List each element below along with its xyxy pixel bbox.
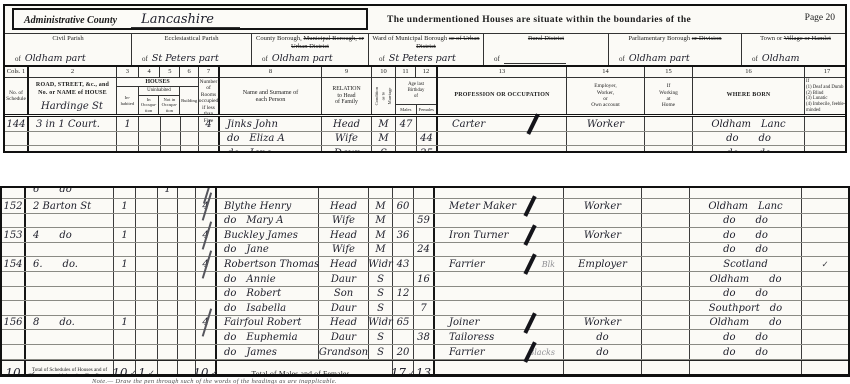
- uninhabited-title: Uninhabited: [139, 87, 179, 96]
- col-label: Name and Surname of each Person: [220, 78, 321, 114]
- cell-totals-label: ✓ Total of Schedules of Houses and of Te…: [26, 361, 114, 377]
- cell-relation: Wife: [322, 132, 372, 146]
- col-number: 9: [322, 67, 371, 78]
- age-female-value: 16: [417, 275, 430, 285]
- age-female-value: 59: [417, 216, 430, 226]
- admin-county-value: Lancashire: [131, 12, 240, 28]
- relation-value: Head: [333, 120, 360, 130]
- cell-building: [178, 243, 196, 257]
- cell-age-male: [393, 301, 414, 315]
- cell-name: Robertson Thomas: [217, 257, 319, 271]
- where-born-value: Oldham do: [709, 318, 781, 328]
- cell-name: do Jane: [220, 146, 322, 153]
- cell-street: [26, 301, 114, 315]
- cell-schedule: 153: [2, 228, 26, 242]
- col-number: 16: [693, 67, 804, 78]
- cell-schedule: [2, 301, 26, 315]
- cell-age-female: [414, 199, 435, 213]
- relation-value: Grandson: [319, 348, 368, 358]
- where-born-value: Oldham Lanc: [711, 120, 785, 130]
- cell-employer-status: do: [564, 345, 642, 359]
- bottom-entry-row: do AnnieDaurS16Oldham do: [2, 272, 848, 287]
- cell-name: do James: [217, 345, 319, 359]
- cell-rooms: 4: [196, 257, 217, 271]
- cell-total-females: 13: [414, 361, 435, 377]
- name-value: Fairfoul Robert: [224, 318, 301, 328]
- cell-employer-status: [564, 214, 642, 228]
- profession-value: Tailoress: [449, 333, 494, 343]
- cell-age-male: [393, 188, 414, 198]
- schedule-value: 156: [3, 318, 22, 328]
- cell-name: do Euphemia: [217, 330, 319, 344]
- col-number: 14: [567, 67, 644, 78]
- cell-infirmity: [802, 330, 846, 344]
- boundary-label: County Borough, Municipal Borough, or Ur…: [252, 34, 368, 50]
- cell-working-at-home: [642, 272, 690, 286]
- profession-value: Farrier: [449, 348, 485, 358]
- col-number: 13: [438, 67, 566, 78]
- cell-building: [178, 228, 196, 242]
- pencil-annotation: Blk: [542, 260, 555, 269]
- cell-age-male: 20: [393, 345, 414, 359]
- street-value: 6 do: [33, 186, 72, 195]
- check-mark-icon: ✓: [821, 259, 828, 270]
- cell-employer-status: Worker: [564, 316, 642, 330]
- cell-profession: [435, 188, 564, 198]
- col-label: PROFESSION OR OCCUPATION: [438, 78, 566, 114]
- cell-uninhabited-in-occupation: [136, 188, 158, 198]
- cell-working-at-home: [642, 228, 690, 242]
- col-label-not-in-occupation: Not in Occupa- tion: [159, 96, 179, 114]
- street-value: 8 do.: [33, 318, 75, 328]
- total-females-value: 13: [416, 367, 431, 377]
- cell-rooms: 4: [196, 199, 217, 213]
- street-value: 6. do.: [33, 260, 78, 270]
- cell-males-females-label: Total of Males and of Females…: [217, 361, 393, 377]
- houses-subheaders: In- habited Uninhabited In Occupa- tion …: [117, 87, 198, 114]
- inhabited-value: 1: [124, 120, 130, 130]
- cell-where-born: Oldham Lanc: [690, 199, 802, 213]
- total-uninhabited-value: 1: [138, 367, 146, 377]
- condition-value: M: [375, 216, 385, 226]
- cell-street: [26, 287, 114, 301]
- cell-condition: M: [372, 132, 396, 146]
- cell-name: do Mary A: [217, 214, 319, 228]
- top-entry-row: do Eliza AWifeM44do do: [5, 132, 845, 147]
- col-number: 17: [805, 67, 847, 78]
- cell-inhabited: 1: [114, 257, 136, 271]
- boundary-value: of: [494, 53, 566, 64]
- cell-inhabited: [117, 146, 139, 153]
- cell-profession: [435, 214, 564, 228]
- cell-relation: Head: [319, 316, 369, 330]
- cell-schedule: [2, 272, 26, 286]
- boundary-value: ofOldham part: [15, 53, 86, 64]
- rooms-value: 4: [205, 120, 211, 130]
- cell-street: [26, 345, 114, 359]
- name-value: Blythe Henry: [224, 202, 291, 212]
- cell-blank: [690, 361, 802, 377]
- title-band: Administrative County Lancashire The und…: [5, 6, 845, 33]
- cell-infirmity: [805, 146, 847, 153]
- bottom-entry-row: do IsabellaDaurS7Southport do: [2, 301, 848, 316]
- cell-schedule: [5, 146, 29, 153]
- cell-inhabited: [114, 214, 136, 228]
- cell-where-born: do do: [693, 146, 805, 153]
- cell-rooms: 4: [196, 316, 217, 330]
- cell-uninhabited-in-occupation: [136, 330, 158, 344]
- cell-relation: Wife: [319, 243, 369, 257]
- cell-blank: [158, 361, 178, 377]
- col-number: 2: [29, 67, 116, 78]
- employer-status-value: Worker: [584, 318, 621, 328]
- cell-uninhabited-not-in-occupation: [161, 117, 181, 131]
- total-schedules-value: 10: [5, 367, 20, 377]
- where-born-value: Scotland: [723, 260, 768, 270]
- cell-name: Buckley James: [217, 228, 319, 242]
- relation-value: Wife: [335, 134, 358, 144]
- cell-profession: [435, 243, 564, 257]
- age-male-value: 36: [397, 231, 410, 241]
- cell-rooms: [196, 301, 217, 315]
- where-born-value: do do: [723, 289, 768, 299]
- condition-value: S: [380, 149, 387, 153]
- cell-condition: M: [369, 228, 393, 242]
- col-label: No. of Schedule: [5, 78, 27, 114]
- cell-where-born: do do: [690, 287, 802, 301]
- cell-employer-status: do: [564, 330, 642, 344]
- col-label: Employer, Worker, or Own account: [567, 78, 644, 114]
- cell-infirmity: [802, 188, 846, 198]
- cell-employer-status: [564, 272, 642, 286]
- cell-inhabited: [114, 301, 136, 315]
- profession-value: Farrier: [449, 260, 485, 270]
- name-value: Jinks John: [227, 120, 278, 130]
- condition-value: S: [377, 333, 384, 343]
- cell-condition: S: [372, 146, 396, 153]
- bottom-entry-row: 6 do1: [2, 188, 848, 199]
- col-label-in-occupation: In Occupa- tion: [139, 96, 160, 114]
- cell-condition: M: [372, 117, 396, 131]
- cell-rooms: 4: [199, 117, 220, 131]
- cell-age-female: [417, 117, 438, 131]
- cell-rooms: [196, 345, 217, 359]
- cell-profession: Tailoress: [435, 330, 564, 344]
- col-label-females: Females: [417, 105, 437, 114]
- col-header-employer: 14 Employer, Worker, or Own account: [567, 67, 645, 114]
- cell-infirmity: [802, 272, 846, 286]
- name-value: do Robert: [224, 289, 281, 299]
- cell-building: [178, 287, 196, 301]
- cell-relation: Wife: [319, 214, 369, 228]
- col-number: 6: [180, 67, 198, 77]
- profession-value: Iron Turner: [449, 231, 508, 241]
- cell-working-at-home: [642, 330, 690, 344]
- page-number: Page 20: [805, 13, 835, 23]
- employer-status-value: do: [596, 333, 608, 343]
- cell-age-female: [414, 257, 435, 271]
- col-number: 7: [199, 67, 218, 78]
- boundary-value: ofSt Peters part: [379, 53, 456, 64]
- col-label: If (1) Deaf and Dumb (2) Blind (3) Lunat…: [805, 78, 847, 115]
- cell-building: [181, 132, 199, 146]
- cell-where-born: do do: [690, 330, 802, 344]
- name-value: do Mary A: [224, 216, 283, 226]
- cell-relation: Daur: [319, 330, 369, 344]
- cell-building: [178, 316, 196, 330]
- col-number: 10: [372, 67, 395, 78]
- cell-rooms: [196, 272, 217, 286]
- census-entries-section: 6 do11522 Barton St14Blythe HenryHeadM60…: [0, 186, 850, 377]
- cell-street: 8 do.: [26, 316, 114, 330]
- page-title: The undermentioned Houses are situate wi…: [387, 15, 691, 25]
- cell-blank: [642, 361, 690, 377]
- cell-employer-status: Worker: [567, 117, 645, 131]
- where-born-value: Oldham Lanc: [708, 202, 782, 212]
- street-value: 3 in 1 Court.: [36, 120, 100, 130]
- footer-note: Note.— Draw the pen through such of the …: [92, 378, 337, 384]
- street-value: 4 do: [33, 231, 72, 241]
- col-number: 4: [139, 67, 161, 77]
- cell-uninhabited-in-occupation: [136, 287, 158, 301]
- cell-profession: [435, 287, 564, 301]
- cell-blank: [435, 361, 564, 377]
- cell-inhabited: [114, 287, 136, 301]
- cell-where-born: Oldham Lanc: [693, 117, 805, 131]
- cell-schedule: [2, 214, 26, 228]
- cell-working-at-home: [642, 316, 690, 330]
- cell-condition: S: [369, 330, 393, 344]
- cell-uninhabited-not-in-occupation: [158, 316, 178, 330]
- condition-value: S: [377, 289, 384, 299]
- cell-building: [178, 330, 196, 344]
- condition-value: M: [375, 202, 385, 212]
- age-male-value: 60: [397, 202, 410, 212]
- cell-infirmity: [802, 214, 846, 228]
- cell-condition: S: [369, 272, 393, 286]
- cell-building: [178, 199, 196, 213]
- top-entry-row: 1443 in 1 Court.14Jinks JohnHeadM47Carte…: [5, 117, 845, 132]
- cell-inhabited: [114, 345, 136, 359]
- schedule-value: 144: [6, 120, 25, 130]
- boundary-headers: Civil Parish ofOldham partEcclesiastical…: [5, 33, 845, 67]
- cell-total-rooms: 10✓: [196, 361, 217, 377]
- col-header-where-born: 16 WHERE BORN: [693, 67, 805, 114]
- age-female-value: 38: [417, 333, 430, 343]
- profession-value: Joiner: [449, 318, 479, 328]
- cell-age-male: [396, 132, 417, 146]
- boundary-label: Ecclesiastical Parish: [132, 34, 251, 43]
- cell-schedule: [5, 132, 29, 146]
- boundary-label: Rural District: [484, 34, 608, 43]
- inhabited-value: 1: [121, 318, 127, 328]
- cell-schedule: [2, 330, 26, 344]
- cell-inhabited: 1: [117, 117, 139, 131]
- cell-total-schedules: 10: [2, 361, 26, 377]
- cell-uninhabited-in-occupation: [139, 132, 161, 146]
- cell-uninhabited-not-in-occupation: [161, 146, 181, 153]
- cell-condition: [369, 188, 393, 198]
- cell-uninhabited-not-in-occupation: [158, 199, 178, 213]
- profession-value: Carter: [452, 120, 485, 130]
- cell-working-at-home: [642, 243, 690, 257]
- cell-working-at-home: [645, 146, 693, 153]
- condition-value: Widr: [368, 260, 392, 270]
- bottom-entry-row: do JaneWifeM24do do: [2, 243, 848, 258]
- cell-where-born: Southport do: [690, 301, 802, 315]
- males-females-label: Total of Males and of Females…: [251, 369, 357, 377]
- cell-schedule: [2, 345, 26, 359]
- cell-condition: Widr: [369, 257, 393, 271]
- cell-name: Jinks John: [220, 117, 322, 131]
- profession-value: Meter Maker: [449, 202, 516, 212]
- col-number: 12: [416, 67, 436, 77]
- cell-street: [29, 132, 117, 146]
- bottom-entry-row: do RobertSonS12do do: [2, 287, 848, 302]
- boundary-header-cell: Rural Districtof: [484, 34, 609, 65]
- cell-schedule: 154: [2, 257, 26, 271]
- name-value: do Jane: [227, 149, 272, 153]
- cell-rooms: [199, 132, 220, 146]
- schedule-value: 152: [3, 202, 22, 212]
- cell-employer-status: Worker: [564, 228, 642, 242]
- where-born-value: Oldham do: [709, 275, 781, 285]
- column-headers: Cols. 1 No. of Schedule 2 ROAD, STREET, …: [5, 67, 845, 117]
- cell-age-female: [414, 188, 435, 198]
- cell-rooms: [196, 243, 217, 257]
- cell-profession: [438, 146, 567, 153]
- col-header-schedule: Cols. 1 No. of Schedule: [5, 67, 29, 114]
- totals-label: Total of Schedules of Houses and of Tene…: [26, 366, 113, 377]
- name-value: do James: [224, 348, 277, 358]
- total-inhabited-value: 10: [112, 367, 127, 377]
- cell-infirmity: [802, 301, 846, 315]
- cell-age-male: 36: [393, 228, 414, 242]
- cell-age-female: [414, 316, 435, 330]
- admin-county-label: Administrative County: [24, 15, 117, 26]
- cell-schedule: 144: [5, 117, 29, 131]
- cell-where-born: do do: [690, 345, 802, 359]
- cell-employer-status: [567, 132, 645, 146]
- cell-street: 6 do: [26, 188, 114, 198]
- age-female-value: 44: [420, 134, 433, 144]
- cell-age-male: [393, 214, 414, 228]
- cell-working-at-home: [642, 345, 690, 359]
- cell-relation: Head: [319, 228, 369, 242]
- cell-where-born: do do: [690, 243, 802, 257]
- cell-condition: S: [369, 301, 393, 315]
- cell-uninhabited-not-in-occupation: [158, 301, 178, 315]
- cell-employer-status: [564, 188, 642, 198]
- cell-profession: Carter: [438, 117, 567, 131]
- where-born-value: do do: [723, 216, 768, 226]
- cell-profession: FarrierBlk: [435, 257, 564, 271]
- schedule-value: 153: [3, 231, 22, 241]
- cell-relation: Head: [319, 199, 369, 213]
- cell-schedule: 152: [2, 199, 26, 213]
- name-value: Robertson Thomas: [224, 260, 319, 270]
- total-rooms-value: 10: [193, 367, 208, 377]
- cell-uninhabited-in-occupation: [136, 228, 158, 242]
- cell-building: [178, 214, 196, 228]
- col-label: If Working at Home: [645, 78, 692, 114]
- cell-profession: Joiner: [435, 316, 564, 330]
- cell-age-male: 12: [393, 287, 414, 301]
- name-value: do Jane: [224, 245, 269, 255]
- cell-age-male: [393, 243, 414, 257]
- cell-inhabited: 1: [114, 316, 136, 330]
- cell-profession: Iron Turner: [435, 228, 564, 242]
- cell-infirmity: [802, 345, 846, 359]
- cell-uninhabited-in-occupation: [136, 199, 158, 213]
- cell-name: [217, 188, 319, 198]
- boundary-header-cell: Parliamentary Borough or DivisionofOldha…: [609, 34, 742, 65]
- col-label: ROAD, STREET, &c., and No. or NAME of HO…: [29, 78, 116, 101]
- cell-total-males: 17✓: [393, 361, 414, 377]
- census-scan-page: Administrative County Lancashire The und…: [0, 0, 850, 384]
- col-header-condition: 10 Condition as to Marriage: [372, 67, 396, 114]
- cell-building: [181, 146, 199, 153]
- cell-uninhabited-in-occupation: [136, 272, 158, 286]
- cell-rooms: [196, 188, 217, 198]
- cell-relation: [319, 188, 369, 198]
- check-mark-icon: ✓: [29, 369, 36, 377]
- condition-value: Widr: [368, 318, 392, 328]
- col-number: 15: [645, 67, 692, 78]
- relation-value: Daur: [331, 304, 356, 314]
- cell-working-at-home: [642, 301, 690, 315]
- check-mark-icon: ✓: [148, 368, 155, 377]
- cell-working-at-home: [642, 199, 690, 213]
- cell-name: do Isabella: [217, 301, 319, 315]
- col-header-name: 8 Name and Surname of each Person: [220, 67, 322, 114]
- cell-uninhabited-in-occupation: [136, 345, 158, 359]
- cell-age-female: 7: [414, 301, 435, 315]
- col-header-working-at-home: 15 If Working at Home: [645, 67, 693, 114]
- cell-name: Blythe Henry: [217, 199, 319, 213]
- name-value: Buckley James: [224, 231, 298, 241]
- bottom-entry-row: do Mary AWifeM59do do: [2, 214, 848, 229]
- cell-relation: Daur: [322, 146, 372, 153]
- name-value: do Eliza A: [227, 134, 285, 144]
- blank-line: [504, 55, 566, 64]
- cell-profession: [438, 132, 567, 146]
- employer-status-value: do: [596, 348, 608, 358]
- cell-name: do Robert: [217, 287, 319, 301]
- cell-infirmity: [802, 287, 846, 301]
- cell-uninhabited-not-in-occupation: 1: [158, 188, 178, 198]
- bottom-entry-row: 1534 do14Buckley JamesHeadM36Iron Turner…: [2, 228, 848, 243]
- cell-age-female: [414, 228, 435, 242]
- cell-building: [178, 257, 196, 271]
- relation-value: Daur: [334, 149, 359, 153]
- col-header-houses-group: 3 4 5 6 HOUSES In- habited Uninhabited I…: [117, 67, 199, 114]
- col-label: RELATION to Head of Family: [322, 78, 371, 114]
- cell-rooms: [199, 146, 220, 153]
- boundary-label: Town or Village or Hamlet: [742, 34, 847, 43]
- age-female-value: 25: [420, 149, 433, 153]
- cell-uninhabited-not-in-occupation: [158, 257, 178, 271]
- cell-age-male: [396, 146, 417, 153]
- totals-row: 10 ✓ Total of Schedules of Houses and of…: [2, 360, 848, 377]
- cell-age-female: 44: [417, 132, 438, 146]
- cell-working-at-home: [642, 188, 690, 198]
- employer-status-value: Employer: [578, 260, 627, 270]
- cell-building: [178, 272, 196, 286]
- col-number: 5: [160, 67, 180, 77]
- cell-relation: Daur: [319, 272, 369, 286]
- age-male-value: 65: [397, 318, 410, 328]
